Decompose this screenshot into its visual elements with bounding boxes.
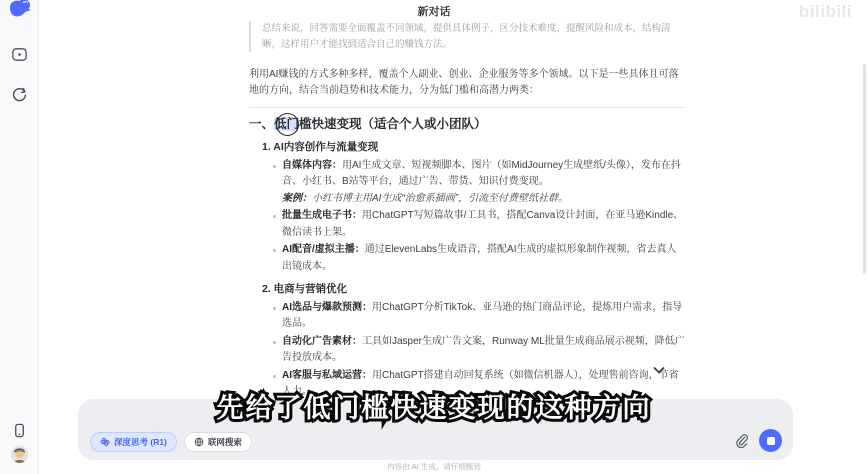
bullet-list: 自媒体内容：用AI生成文章、短视频脚本、图片（如MidJourney生成壁纸/头… [249, 158, 686, 276]
scroll-to-bottom-button[interactable] [648, 360, 670, 382]
bullet-term: 批量生成电子书： [282, 210, 362, 221]
section-title: 1. AI内容创作与流量变现 [262, 139, 686, 156]
attach-file-button[interactable] [734, 433, 749, 448]
bullet-marker-icon [273, 341, 276, 344]
bullet-marker-icon [273, 165, 276, 168]
bullet-term: AI配音/虚拟主播： [282, 244, 365, 255]
stop-generating-button[interactable] [759, 429, 782, 452]
case-text: 小红书博主用AI生成“治愈系插画”，引流至付费壁纸社群。 [312, 193, 568, 204]
chevron-down-icon [652, 365, 666, 380]
bullet-item: 批量生成电子书：用ChatGPT写短篇故事/工具书，搭配Canva设计封面，在亚… [249, 208, 686, 241]
bullet-marker-icon [273, 249, 276, 252]
heading-highlight: 低门 [274, 117, 299, 131]
case-note: 案例：小红书博主用AI生成“治愈系插画”，引流至付费壁纸社群。 [282, 191, 686, 208]
bullet-list: AI选品与爆款预测：用ChatGPT分析TikTok、亚马逊的热门商品评论，提炼… [249, 300, 686, 401]
deepseek-logo-icon[interactable] [7, 0, 33, 20]
heading-prefix: 一、 [249, 117, 274, 131]
web-search-label: 联网搜索 [208, 436, 242, 448]
new-chat-button[interactable] [11, 86, 28, 103]
toggle-sidebar-button[interactable] [11, 46, 28, 63]
web-search-toggle[interactable]: 联网搜索 [184, 432, 252, 452]
section-title: 2. 电商与营销优化 [262, 281, 686, 298]
bullet-term: AI选品与爆款预测： [282, 302, 372, 313]
section-one-heading: 一、低门槛快速变现（适合个人或小团队） [249, 116, 686, 133]
bullet-text: 用AI生成文章、短视频脚本、图片（如MidJourney生成壁纸/头像），发布在… [282, 160, 681, 188]
case-term: 案例： [282, 193, 312, 204]
heading-rest: 槛快速变现（适合个人或小团队） [299, 117, 487, 131]
bullet-term: 自动化广告素材： [282, 336, 362, 347]
bilibili-watermark: bilibili [799, 2, 852, 22]
mobile-app-button[interactable] [11, 422, 28, 439]
bullet-item: 自媒体内容：用AI生成文章、短视频脚本、图片（如MidJourney生成壁纸/头… [249, 158, 686, 208]
bullet-item: AI客服与私域运营：用ChatGPT搭建自动回复系统（如微信机器人），处理售前咨… [249, 368, 686, 401]
app-window: 新对话 bilibili 总结来说，回答需要全面覆盖不同领域，提供具体例子，区分… [0, 0, 868, 474]
assistant-message: 总结来说，回答需要全面覆盖不同领域，提供具体例子，区分技术难度，提醒风险和成本，… [249, 21, 686, 425]
bullet-item: 自动化广告素材：工具如Jasper生成广告文案，Runway ML批量生成商品展… [249, 334, 686, 367]
bullet-term: 自媒体内容： [282, 160, 342, 171]
reasoning-quote: 总结来说，回答需要全面覆盖不同领域，提供具体例子，区分技术难度，提醒风险和成本，… [249, 21, 686, 52]
composer-actions [734, 429, 782, 452]
sidebar [0, 0, 39, 474]
intro-paragraph: 利用AI赚钱的方式多种多样，覆盖个人副业、创业、企业服务等多个领域。以下是一些具… [249, 67, 686, 99]
section-divider [249, 107, 686, 108]
ai-disclaimer: 内容由 AI 生成，请仔细甄别 [0, 461, 868, 472]
bullet-item: AI选品与爆款预测：用ChatGPT分析TikTok、亚马逊的热门商品评论，提炼… [249, 300, 686, 333]
bullet-term: AI客服与私域运营： [282, 370, 372, 381]
message-input-box[interactable]: 深度思考 (R1) 联网搜索 [78, 399, 793, 460]
page-title: 新对话 [0, 3, 868, 19]
globe-icon [194, 437, 204, 447]
bullet-marker-icon [273, 375, 276, 378]
deep-think-label: 深度思考 (R1) [114, 436, 167, 448]
deep-think-toggle[interactable]: 深度思考 (R1) [90, 432, 177, 452]
stop-icon [767, 437, 775, 445]
user-avatar[interactable] [11, 446, 28, 463]
bullet-item: AI配音/虚拟主播：通过ElevenLabs生成语音，搭配AI生成的虚拟形象制作… [249, 242, 686, 275]
bullet-marker-icon [273, 307, 276, 310]
sections-container: 1. AI内容创作与流量变现自媒体内容：用AI生成文章、短视频脚本、图片（如Mi… [249, 139, 686, 423]
deep-think-icon [100, 437, 110, 447]
scrollbar-thumb[interactable] [863, 64, 866, 274]
scrollbar[interactable] [863, 0, 867, 474]
bullet-marker-icon [273, 215, 276, 218]
composer-toggles: 深度思考 (R1) 联网搜索 [90, 432, 252, 452]
